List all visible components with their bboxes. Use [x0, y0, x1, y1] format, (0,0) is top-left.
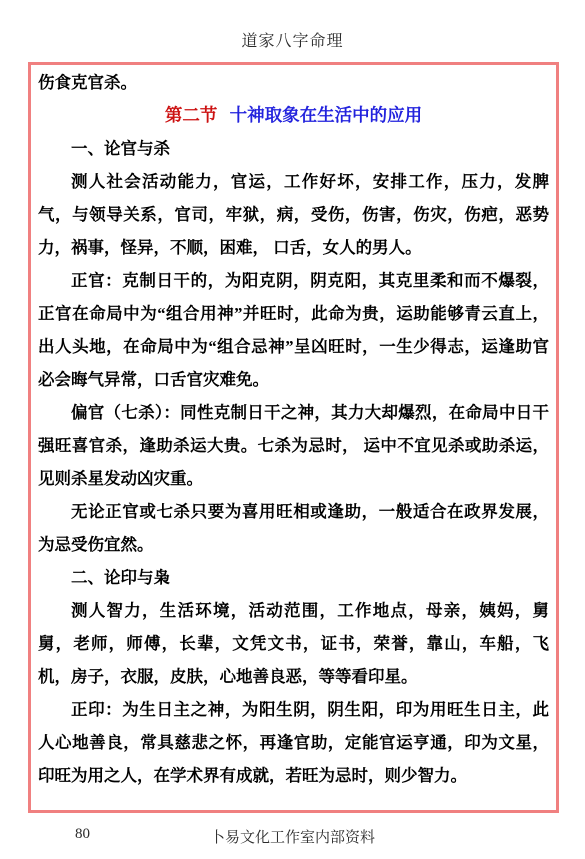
section-heading-number: 第二节 [165, 105, 218, 125]
page-number: 80 [75, 826, 90, 843]
paragraph: 正官：克制日干的，为阳克阴，阴克阳，其克里柔和而不爆裂，正官在命局中为“组合用神… [38, 264, 549, 396]
section-heading: 第二节 十神取象在生活中的应用 [38, 99, 549, 132]
subsection-title-seals: 二、论印与枭 [38, 561, 549, 594]
paragraph: 无论正官或七杀只要为喜用旺相或逢助，一般适合在政界发展，为忌受伤宜然。 [38, 495, 549, 561]
paragraph: 偏官（七杀）：同性克制日干之神，其力大却爆烈，在命局中日干强旺喜官杀，逢助杀运大… [38, 396, 549, 495]
paragraph: 测人社会活动能力，官运，工作好坏，安排工作，压力，发脾气，与领导关系，官司，牢狱… [38, 165, 549, 264]
section-heading-title: 十神取象在生活中的应用 [230, 105, 423, 125]
page-header-title: 道家八字命理 [0, 28, 585, 51]
paragraph: 测人智力，生活环境，活动范围，工作地点，母亲，姨妈，舅舅，老师，师傅，长辈，文凭… [38, 594, 549, 693]
page-footer: 80 卜易文化工作室内部资料 [0, 826, 585, 848]
paragraph: 正印：为生日主之神，为阳生阴，阴生阳，印为用旺生日主，此人心地善良，常具慈悲之怀… [38, 693, 549, 792]
content-border-box: 伤食克官杀。 第二节 十神取象在生活中的应用 一、论官与杀 测人社会活动能力，官… [28, 62, 559, 813]
subsection-title-officials: 一、论官与杀 [38, 132, 549, 165]
continuation-line: 伤食克官杀。 [38, 66, 549, 99]
book-page: 道家八字命理 伤食克官杀。 第二节 十神取象在生活中的应用 一、论官与杀 测人社… [0, 0, 585, 859]
